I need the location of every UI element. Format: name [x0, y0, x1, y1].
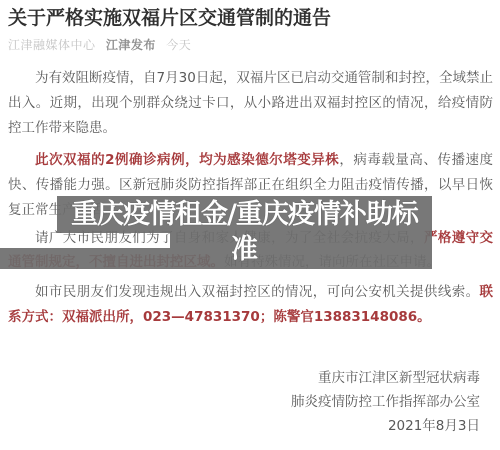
signature-org-line2: 肺炎疫情防控工作指挥部办公室: [8, 390, 480, 414]
signature-org-line1: 重庆市江津区新型冠状病毒: [8, 366, 480, 390]
signature-date: 2021年8月3日: [8, 414, 480, 438]
overlay-caption-line2: 准: [57, 232, 432, 267]
paragraph-1: 为有效阻断疫情，自7月30日起，双福片区已启动交通管制和封控，全域禁止出入。近期…: [8, 66, 493, 141]
publish-time-label: 今天: [166, 38, 191, 52]
article-meta: 江津融媒体中心 江津发布 今天: [8, 36, 492, 53]
source-label: 江津融媒体中心: [8, 38, 96, 52]
page-title: 关于严格实施双福片区交通管制的通告: [8, 6, 492, 30]
article-page: 关于严格实施双福片区交通管制的通告 江津融媒体中心 江津发布 今天 为有效阻断疫…: [0, 0, 500, 450]
account-label: 江津发布: [106, 38, 156, 52]
highlight-confirmed-cases: 此次双福的2例确诊病例，均为感染德尔塔变异株: [35, 152, 339, 168]
paragraph-4: 如市民朋友们发现违规出入双福封控区的情况，可向公安机关提供线索。联系方式：双福派…: [8, 280, 493, 330]
overlay-caption-line1: 重庆疫情租金/重庆疫情补助标: [57, 196, 432, 233]
signature-block: 重庆市江津区新型冠状病毒 肺炎疫情防控工作指挥部办公室 2021年8月3日: [8, 366, 480, 438]
paragraph-4-start: 如市民朋友们发现违规出入双福封控区的情况，可向公安机关提供线索。: [35, 284, 480, 300]
